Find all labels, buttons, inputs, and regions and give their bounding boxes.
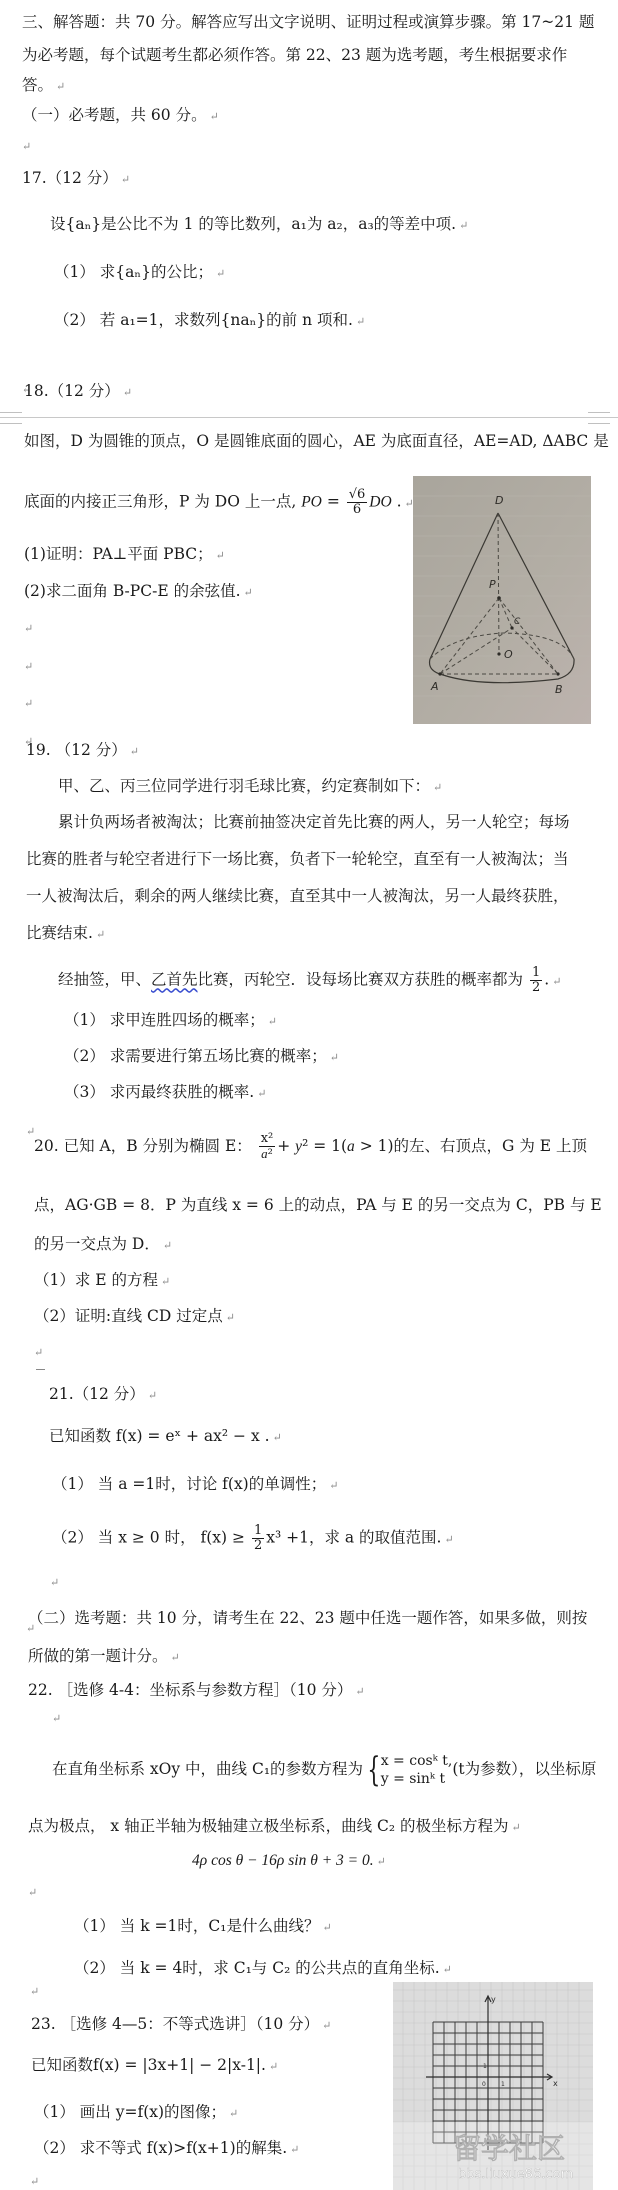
q18-title: 18.（12 分）↵	[24, 381, 132, 403]
paragraph-mark-icon: ↵	[171, 1651, 180, 1664]
q18-stem-line1: 如图，D 为圆锥的顶点，O 是圆锥底面的圆心，AE 为底面直径，AE=AD, Δ…	[24, 431, 609, 451]
paragraph-mark-icon: ↵	[512, 1821, 521, 1834]
paragraph-mark-icon: ↵	[50, 1576, 59, 1589]
axis-label-y: y	[491, 1995, 496, 2004]
paragraph-mark-icon: ↵	[163, 1239, 172, 1252]
paragraph-mark-icon: ↵	[24, 697, 33, 710]
q20-line1: 20. 已知 A，B 分别为椭圆 E： x²a²+ y² = 1(a > 1)的…	[34, 1132, 587, 1162]
q17-part1: （1） 求{aₙ}的公比；↵	[54, 262, 225, 284]
q17-part2: （2） 若 a₁=1，求数列{naₙ}的前 n 项和.↵	[54, 310, 365, 332]
paragraph-mark-icon: ↵	[226, 1311, 235, 1324]
paragraph-mark-icon: ↵	[459, 219, 468, 232]
q19-line2: 累计负两场者被淘汰；比赛前抽签决定首先比赛的两人，另一人轮空；每场	[58, 812, 570, 832]
parametric-system: x = cosᵏ t,y = sinᵏ t	[381, 1752, 453, 1788]
tick-label-y1: 1	[483, 2063, 487, 2070]
paragraph-mark-icon: ↵	[123, 386, 132, 399]
q21-stem: 已知函数 f(x) = eˣ + ax² − x .↵	[49, 1426, 282, 1448]
axis-label-x: x	[553, 2079, 558, 2088]
section-marker	[36, 1369, 45, 1370]
paragraph-mark-icon: ↵	[290, 2143, 299, 2156]
q19-part1: （1） 求甲连胜四场的概率；↵	[64, 1010, 277, 1032]
q17-stem: 设{aₙ}是公比不为 1 的等比数列，a₁为 a₂，a₃的等差中项.↵	[50, 214, 468, 236]
page-break-line	[0, 417, 618, 418]
cone-sketch-image: D P C O A B	[413, 476, 591, 724]
fraction-x2-over-a2: x²a²	[259, 1132, 276, 1162]
q21-title: 21.（12 分）↵	[49, 1384, 157, 1406]
label-B: B	[555, 683, 563, 696]
part1-heading: （一）必考题，共 60 分。↵	[22, 105, 219, 127]
paragraph-mark-icon: ↵	[216, 267, 225, 280]
q23-stem: 已知函数f(x) = |3x+1| − 2|x-1|.↵	[31, 2055, 278, 2077]
q21-part2: （2） 当 x ≥ 0 时， f(x) ≥ 12x³ +1，求 a 的取值范围.…	[52, 1524, 454, 1553]
paragraph-mark-icon: ↵	[445, 1533, 454, 1546]
q21-part1: （1） 当 a =1时，讨论 f(x)的单调性；↵	[52, 1474, 338, 1496]
paragraph-mark-icon: ↵	[433, 781, 442, 794]
paragraph-mark-icon: ↵	[216, 549, 225, 562]
label-A: A	[430, 680, 439, 693]
q19-draw-line: 经抽签，甲、乙首先比赛，丙轮空．设每场比赛双方获胜的概率都为 12.↵	[58, 966, 561, 995]
q22-title: 22. ［选修 4-4：坐标系与参数方程］（10 分）↵	[28, 1680, 365, 1702]
q22-part1: （1） 当 k =1时，C₁是什么曲线？↵	[74, 1916, 332, 1938]
q20-line3: 的另一交点为 D．↵	[34, 1234, 172, 1256]
q22-stem: 在直角坐标系 xOy 中，曲线 C₁的参数方程为{x = cosᵏ t,y = …	[52, 1752, 596, 1788]
watermark-brand: 留学社区	[453, 2132, 565, 2165]
q23-part1: （1） 画出 y=f(x)的图像；↵	[34, 2102, 238, 2124]
fraction-one-half: 12	[252, 1524, 264, 1553]
paragraph-mark-icon: ↵	[161, 1275, 170, 1288]
tick-label-x1: 1	[501, 2081, 505, 2088]
paragraph-mark-icon: ↵	[28, 1886, 37, 1899]
q18-part1: (1)证明：PA⊥平面 PBC；↵	[24, 544, 225, 566]
paragraph-mark-icon: ↵	[148, 1389, 157, 1402]
paragraph-mark-icon: ↵	[22, 140, 31, 153]
paragraph-mark-icon: ↵	[268, 1015, 277, 1028]
label-P: P	[489, 578, 496, 591]
paragraph-mark-icon: ↵	[552, 975, 561, 988]
paragraph-mark-icon: ↵	[96, 928, 105, 941]
paragraph-mark-icon: ↵	[443, 1963, 452, 1976]
q19-line4: 一人被淘汰后，剩余的两人继续比赛，直至其中一人被淘汰，另一人最终获胜，	[26, 886, 569, 906]
paragraph-mark-icon: ↵	[24, 622, 33, 635]
page-break-marker-left	[0, 412, 22, 424]
q19-part2: （2） 求需要进行第五场比赛的概率；↵	[64, 1046, 339, 1068]
left-brace: {	[367, 1753, 380, 1787]
paragraph-mark-icon: ↵	[322, 1921, 331, 1934]
spellcheck-wavy-underline: 乙首先	[151, 971, 198, 989]
paragraph-mark-icon: ↵	[130, 745, 139, 758]
part2-heading-line2: 所做的第一题计分。↵	[28, 1646, 180, 1668]
label-O: O	[504, 648, 513, 661]
paragraph-mark-icon: ↵	[229, 2107, 238, 2120]
q20-line2: 点，AG·GB = 8．P 为直线 x = 6 上的动点，PA 与 E 的另一交…	[34, 1195, 602, 1215]
page-break-marker-right	[588, 412, 610, 424]
q19-line3: 比赛的胜者与轮空者进行下一场比赛，负者下一轮轮空，直至有一人被淘汰；当	[26, 849, 569, 869]
paragraph-mark-icon: ↵	[244, 586, 253, 599]
fraction-one-half: 12	[530, 966, 542, 995]
q20-part2: （2）证明:直线 CD 过定点↵	[34, 1306, 235, 1328]
q22-equation: 4ρ cos θ − 16ρ sin θ + 3 = 0.↵	[192, 1850, 386, 1872]
paragraph-mark-icon: ↵	[24, 660, 33, 673]
q17-title: 17.（12 分）↵	[22, 168, 130, 190]
q22-part2: （2） 当 k = 4时，求 C₁与 C₂ 的公共点的直角坐标.↵	[74, 1958, 452, 1980]
section3-intro-line2: 为必考题，每个试题考生都必须作答。第 22、23 题为选考题，考生根据要求作	[22, 45, 567, 65]
paragraph-mark-icon: ↵	[34, 1346, 43, 1359]
paragraph-mark-icon: ↵	[269, 2060, 278, 2073]
q22-line2: 点为极点， x 轴正半轴为极轴建立极坐标系，曲线 C₂ 的极坐标方程为↵	[28, 1816, 521, 1838]
paragraph-mark-icon: ↵	[330, 1051, 339, 1064]
origin-label: 0	[482, 2081, 486, 2088]
paragraph-mark-icon: ↵	[322, 2019, 331, 2032]
paragraph-mark-icon: ↵	[121, 173, 130, 186]
section3-intro-line3: 答。↵	[22, 75, 65, 97]
label-D: D	[495, 494, 503, 507]
paragraph-mark-icon: ↵	[355, 1685, 364, 1698]
part2-heading-line1: （二）选考题：共 10 分，请考生在 22、23 题中任选一题作答，如果多做，则…	[28, 1608, 587, 1628]
section3-intro-line1: 三、解答题：共 70 分。解答应写出文字说明、证明过程或演算步骤。第 17~21…	[22, 12, 594, 32]
paragraph-mark-icon: ↵	[329, 1479, 338, 1492]
grid-figure: y x 0 1 1 留学社区 bbs.liuxue86.com	[393, 1982, 593, 2190]
paragraph-mark-icon: ↵	[257, 1087, 266, 1100]
q18-part2: (2)求二面角 B-PC-E 的余弦值.↵	[24, 581, 253, 603]
paragraph-mark-icon: ↵	[210, 110, 219, 123]
coordinate-grid-image: y x 0 1 1 留学社区 bbs.liuxue86.com	[393, 1982, 593, 2190]
q19-part3: （3） 求丙最终获胜的概率.↵	[64, 1082, 266, 1104]
paragraph-mark-icon: ↵	[56, 80, 65, 93]
q19-line5: 比赛结束.↵	[26, 923, 105, 945]
q23-title: 23. ［选修 4—5：不等式选讲］（10 分）↵	[31, 2014, 331, 2036]
cone-figure: D P C O A B	[413, 476, 591, 724]
q19-title: 19. （12 分）↵	[26, 740, 139, 762]
q20-part1: （1）求 E 的方程↵	[34, 1270, 170, 1292]
paragraph-mark-icon: ↵	[52, 1712, 61, 1725]
q23-part2: （2） 求不等式 f(x)>f(x+1)的解集.↵	[34, 2138, 299, 2160]
q19-line1: 甲、乙、丙三位同学进行羽毛球比赛，约定赛制如下：↵	[58, 776, 442, 798]
label-C: C	[514, 617, 521, 627]
paragraph-mark-icon: ↵	[377, 1855, 386, 1868]
q18-stem-line2: 底面的内接正三角形，P 为 DO 上一点, PO = √66DO .↵	[24, 488, 414, 517]
fraction-sqrt6-over-6: √66	[347, 488, 368, 517]
paragraph-mark-icon: ↵	[356, 315, 365, 328]
paragraph-mark-icon: ↵	[30, 1985, 39, 1998]
watermark-url: bbs.liuxue86.com	[458, 2167, 573, 2182]
paragraph-mark-icon: ↵	[273, 1431, 282, 1444]
paragraph-mark-icon: ↵	[30, 2175, 39, 2188]
